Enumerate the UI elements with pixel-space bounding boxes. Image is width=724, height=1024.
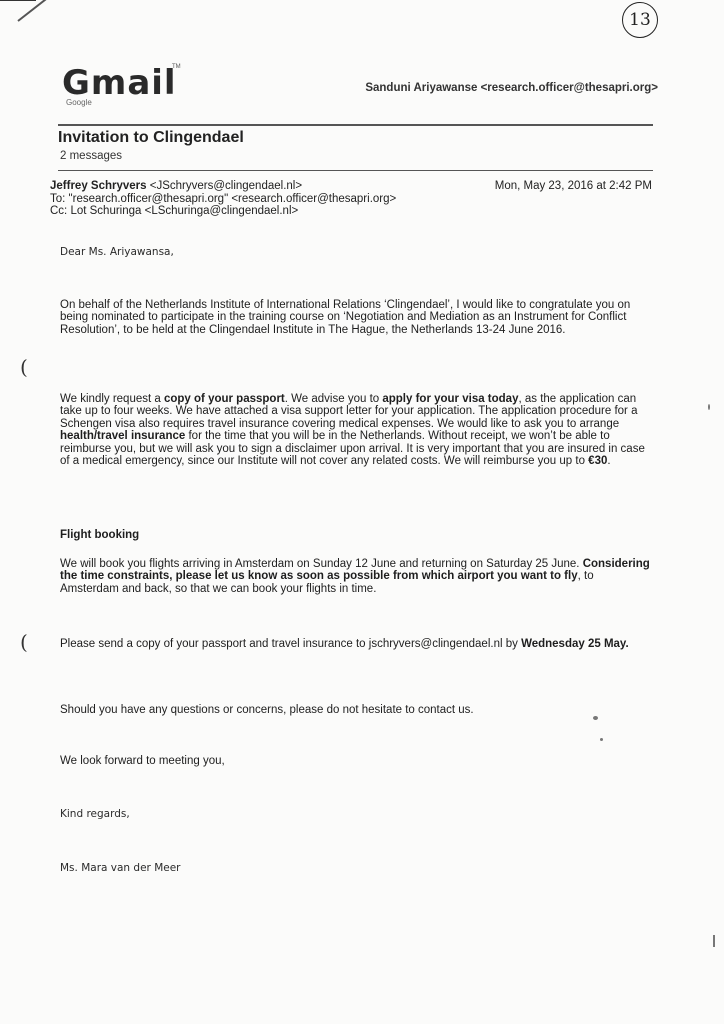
emphasis-visa: apply for your visa today bbox=[382, 393, 518, 405]
emphasis-passport: copy of your passport bbox=[164, 393, 285, 405]
margin-mark: ( bbox=[20, 355, 28, 379]
paragraph-flights: We will book you flights arriving in Ams… bbox=[60, 558, 650, 595]
sender-email: <JSchryvers@clingendael.nl> bbox=[150, 180, 302, 192]
message-count: 2 messages bbox=[60, 150, 122, 162]
signature: Ms. Mara van der Meer bbox=[60, 862, 650, 874]
header-divider bbox=[58, 124, 653, 126]
scan-speck bbox=[600, 738, 603, 741]
paragraph-deadline: Please send a copy of your passport and … bbox=[60, 638, 650, 650]
closing-regards: Kind regards, bbox=[60, 808, 650, 820]
closing-line: We look forward to meeting you, bbox=[60, 755, 650, 767]
greeting: Dear Ms. Ariyawansa, bbox=[60, 246, 650, 258]
scan-speck bbox=[593, 716, 598, 720]
paragraph-passport-visa: We kindly request a copy of your passpor… bbox=[60, 393, 650, 467]
thread-divider bbox=[58, 170, 653, 171]
scan-speck bbox=[713, 935, 715, 947]
page-number-annotation: 13 bbox=[622, 2, 658, 38]
paragraph-congratulations: On behalf of the Netherlands Institute o… bbox=[60, 299, 650, 336]
emphasis-insurance: health/travel insurance bbox=[60, 430, 185, 442]
pen-mark bbox=[17, 0, 51, 22]
emphasis-deadline: Wednesday 25 May. bbox=[521, 638, 629, 650]
flight-booking-heading: Flight booking bbox=[60, 529, 650, 541]
sender-name: Jeffrey Schryvers bbox=[50, 180, 147, 192]
margin-mark: ( bbox=[20, 630, 28, 654]
account-identity: Sanduni Ariyawanse <research.officer@the… bbox=[365, 82, 658, 94]
recipient-to: To: "research.officer@thesapri.org" <res… bbox=[50, 193, 396, 206]
message-header: Jeffrey Schryvers <JSchryvers@clingendae… bbox=[50, 180, 396, 218]
trademark-mark: TM bbox=[172, 64, 181, 70]
scan-artifact-line bbox=[0, 0, 36, 1]
scan-speck bbox=[708, 404, 710, 410]
emphasis-reimbursement: €30 bbox=[588, 455, 607, 467]
message-date: Mon, May 23, 2016 at 2:42 PM bbox=[495, 180, 652, 192]
gmail-logo: Gmail Google bbox=[62, 66, 177, 107]
recipient-cc: Cc: Lot Schuringa <LSchuringa@clingendae… bbox=[50, 205, 396, 218]
paragraph-questions: Should you have any questions or concern… bbox=[60, 704, 650, 716]
thread-subject: Invitation to Clingendael bbox=[58, 129, 244, 147]
logo-text: Gmail bbox=[62, 66, 177, 100]
